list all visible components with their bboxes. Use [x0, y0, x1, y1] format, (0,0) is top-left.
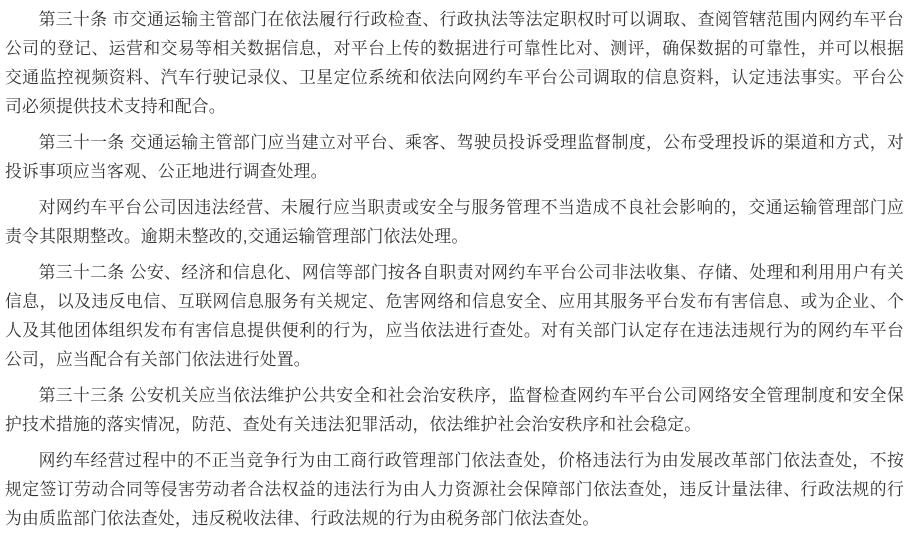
document-page: 第三十条 市交通运输主管部门在依法履行行政检查、行政执法等法定职权时可以调取、查… — [0, 0, 908, 544]
paragraph-article-33-clause-2: 网约车经营过程中的不正当竞争行为由工商行政管理部门依法查处，价格违法行为由发展改… — [5, 446, 904, 533]
paragraph-article-30: 第三十条 市交通运输主管部门在依法履行行政检查、行政执法等法定职权时可以调取、查… — [5, 5, 904, 121]
paragraph-article-31-clause-2: 对网约车平台公司因违法经营、未履行应当职责或安全与服务管理不当造成不良社会影响的… — [5, 193, 904, 251]
paragraph-article-32: 第三十二条 公安、经济和信息化、网信等部门按各自职责对网约车平台公司非法收集、存… — [5, 258, 904, 374]
paragraph-article-31: 第三十一条 交通运输主管部门应当建立对平台、乘客、驾驶员投诉受理监督制度，公布受… — [5, 128, 904, 186]
paragraph-article-33: 第三十三条 公安机关应当依法维护公共安全和社会治安秩序，监督检查网约车平台公司网… — [5, 381, 904, 439]
